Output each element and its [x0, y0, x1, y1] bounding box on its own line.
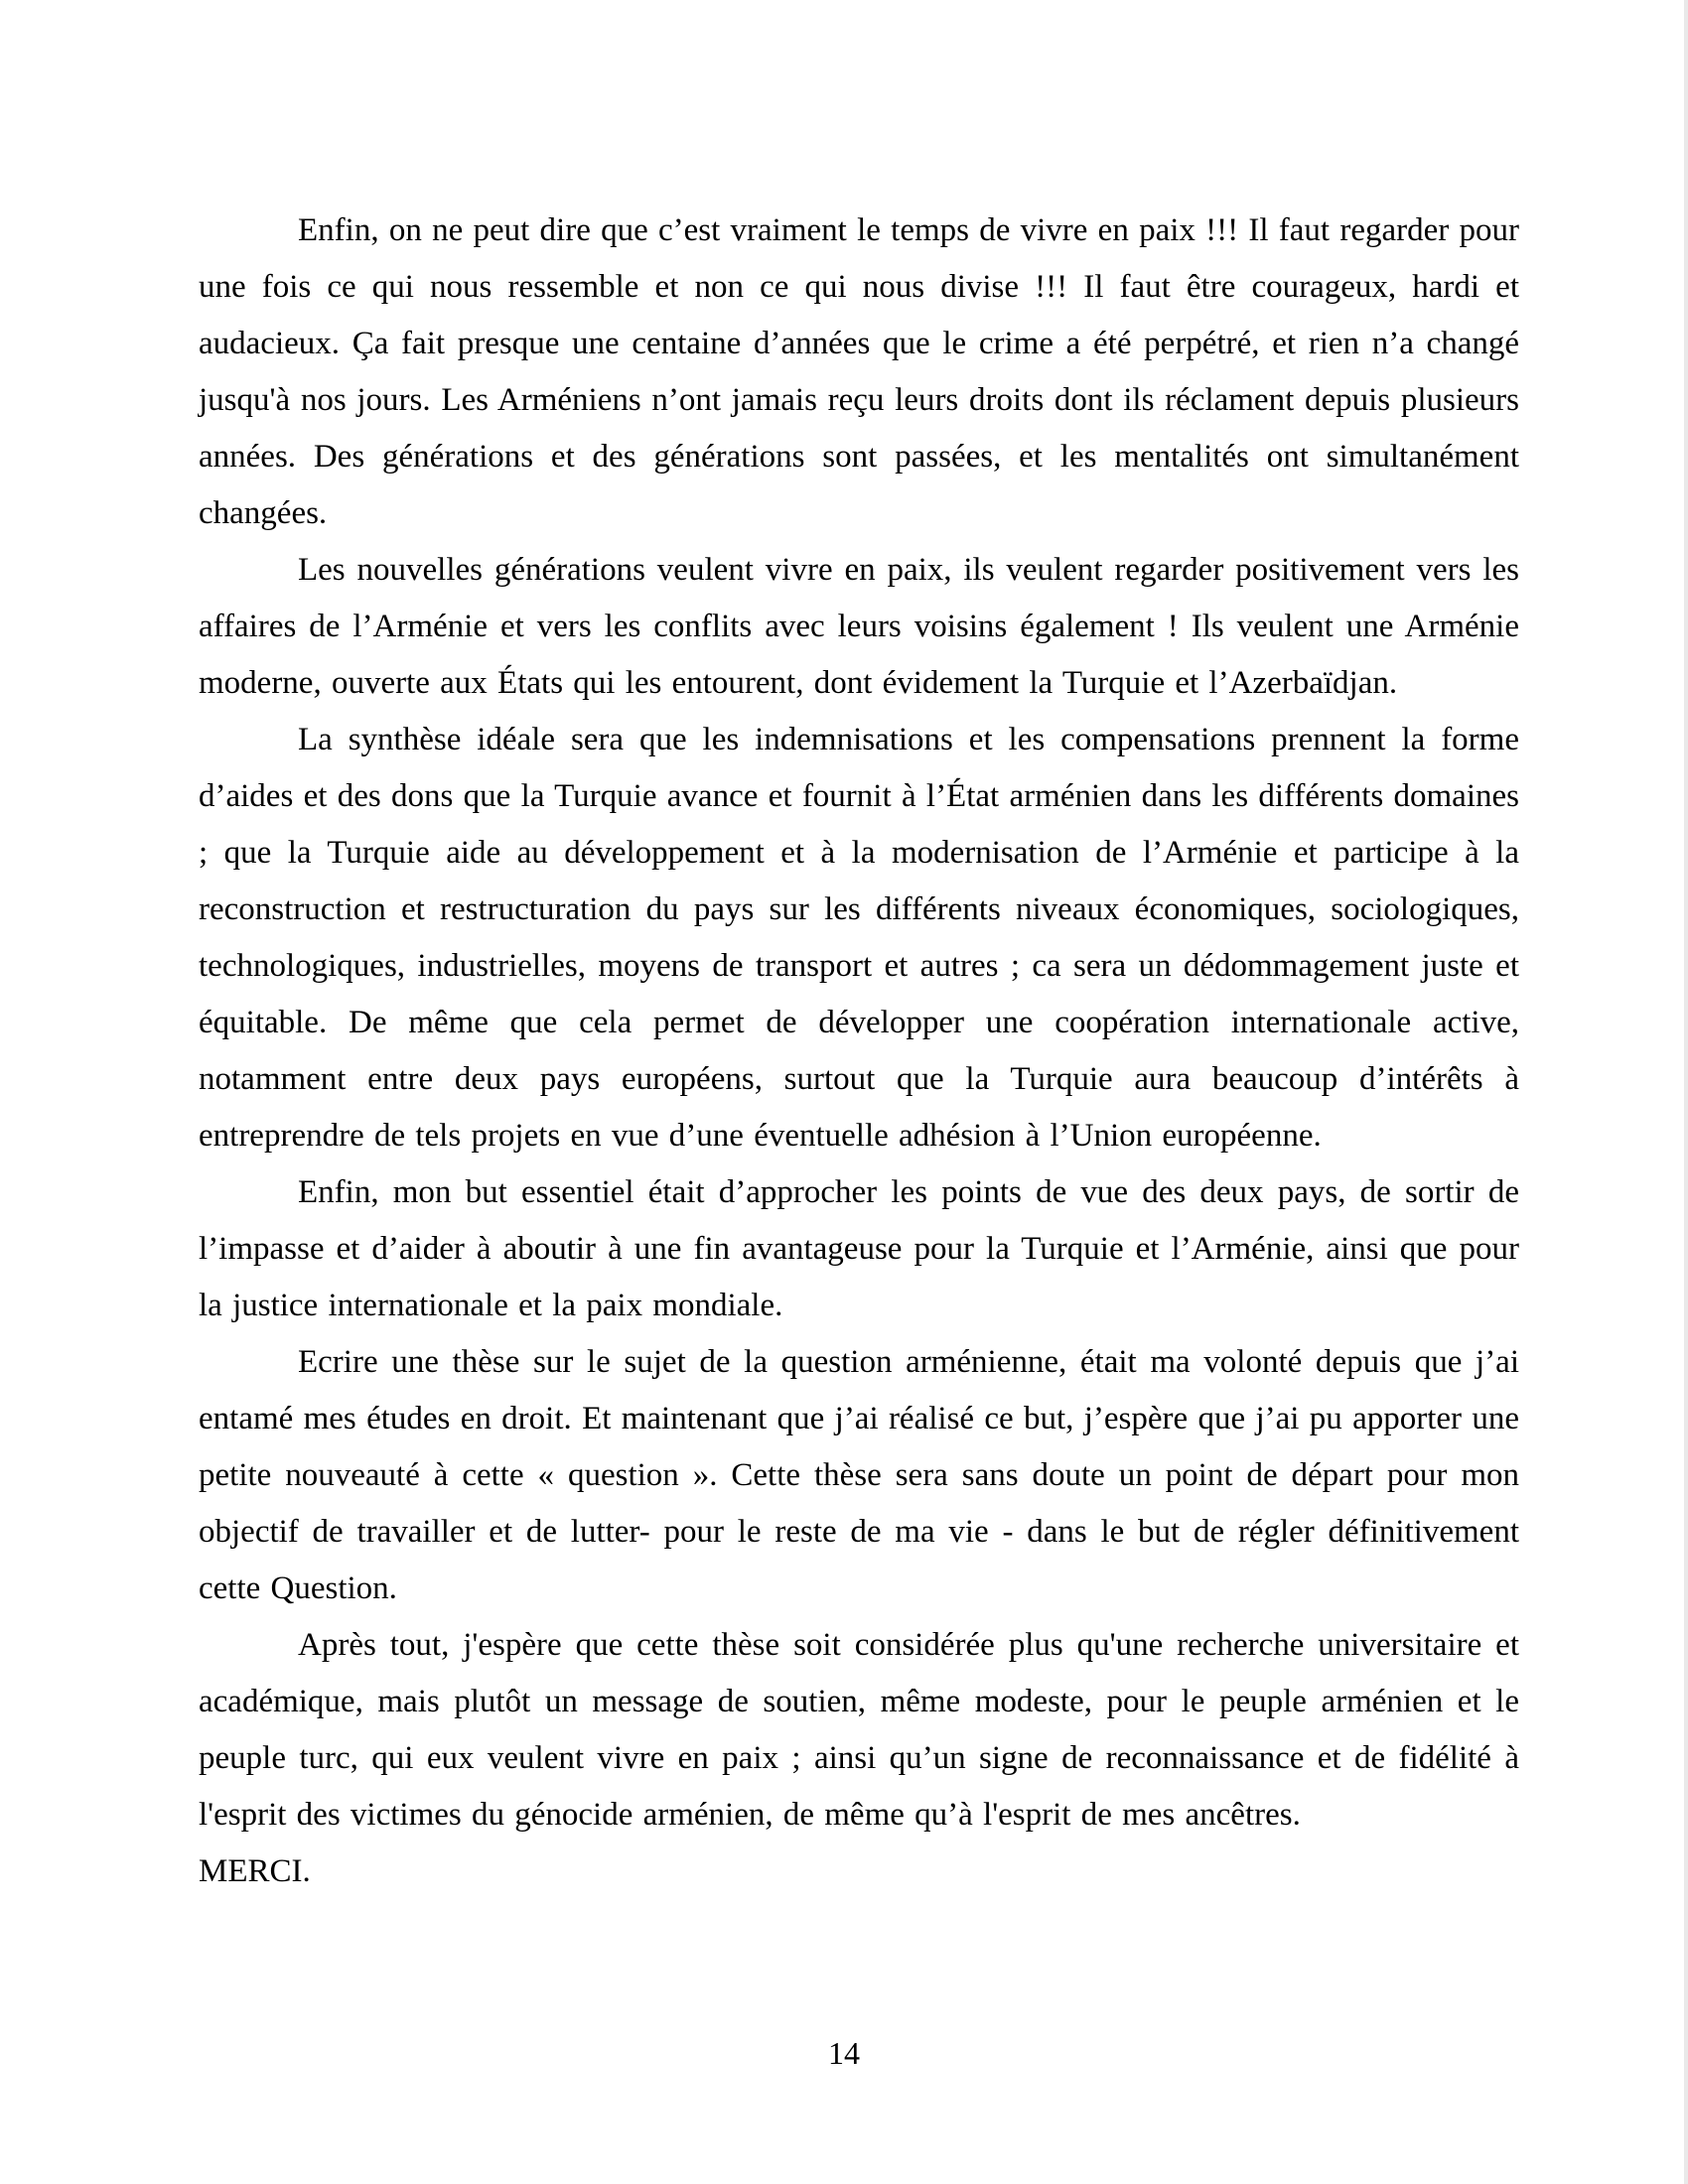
paragraph-ideal-synthesis: La synthèse idéale sera que les indemnis…: [199, 712, 1519, 1164]
paragraph-merci: MERCI.: [199, 1843, 1519, 1900]
paragraph-new-generations: Les nouvelles générations veulent vivre …: [199, 542, 1519, 712]
paragraph-final-message: Après tout, j'espère que cette thèse soi…: [199, 1617, 1519, 1843]
scan-edge-artifact: [1684, 0, 1688, 2184]
paragraph-conclusion-1: Enfin, on ne peut dire que c’est vraimen…: [199, 203, 1519, 542]
page-number: 14: [0, 2033, 1688, 2073]
document-body: Enfin, on ne peut dire que c’est vraimen…: [199, 203, 1519, 1900]
document-page: Enfin, on ne peut dire que c’est vraimen…: [0, 0, 1688, 2184]
paragraph-essential-goal: Enfin, mon but essentiel était d’approch…: [199, 1164, 1519, 1334]
paragraph-thesis-motivation: Ecrire une thèse sur le sujet de la ques…: [199, 1334, 1519, 1617]
